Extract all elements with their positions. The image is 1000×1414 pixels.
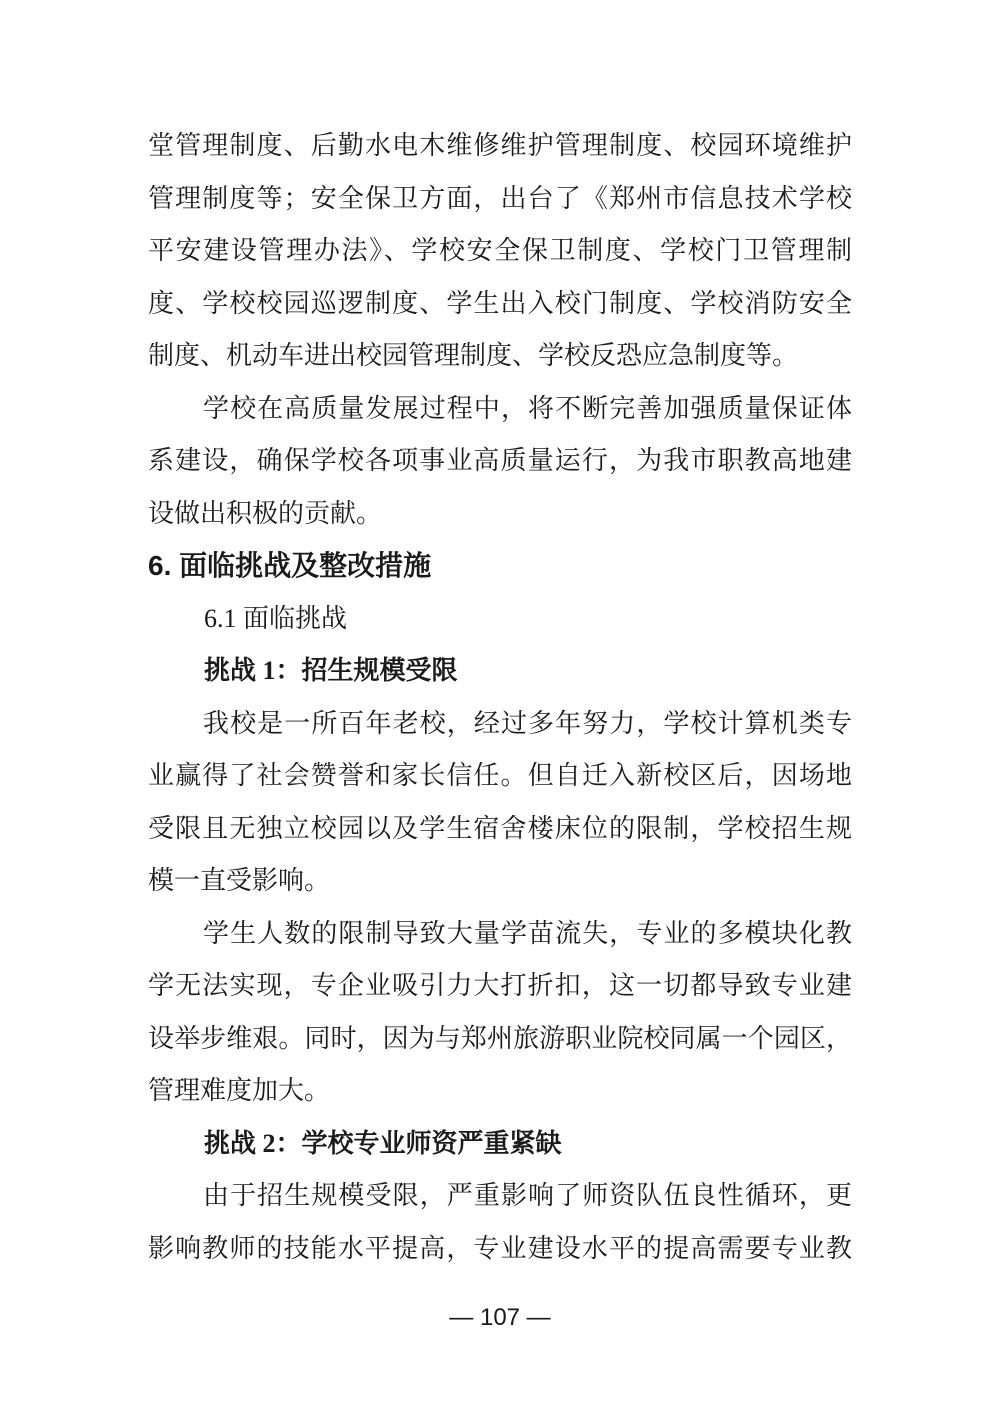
subsection-heading: 6.1 面临挑战	[148, 593, 852, 646]
paragraph-line: 设做出积极的贡献。	[148, 488, 852, 541]
paragraph-line: 堂管理制度、后勤水电木维修维护管理制度、校园环境维护	[148, 120, 852, 173]
paragraph-line: 系建设，确保学校各项事业高质量运行，为我市职教高地建	[148, 435, 852, 488]
document-page: 堂管理制度、后勤水电木维修维护管理制度、校园环境维护 管理制度等；安全保卫方面，…	[0, 0, 1000, 1414]
paragraph-line: 我校是一所百年老校，经过多年努力，学校计算机类专	[148, 698, 852, 751]
paragraph-line: 受限且无独立校园以及学生宿舍楼床位的限制，学校招生规	[148, 803, 852, 856]
challenge-1-heading: 挑战 1：招生规模受限	[148, 645, 852, 698]
paragraph-line: 业赢得了社会赞誉和家长信任。但自迁入新校区后，因场地	[148, 750, 852, 803]
paragraph-line: 学校在高质量发展过程中，将不断完善加强质量保证体	[148, 383, 852, 436]
paragraph-line: 制度、机动车进出校园管理制度、学校反恐应急制度等。	[148, 330, 852, 383]
paragraph-line: 模一直受影响。	[148, 855, 852, 908]
paragraph-line: 学生人数的限制导致大量学苗流失，专业的多模块化教	[148, 908, 852, 961]
paragraph-line: 平安建设管理办法》、学校安全保卫制度、学校门卫管理制	[148, 225, 852, 278]
paragraph-line: 设举步维艰。同时，因为与郑州旅游职业院校同属一个园区，	[148, 1013, 852, 1066]
page-text-block: 堂管理制度、后勤水电木维修维护管理制度、校园环境维护 管理制度等；安全保卫方面，…	[148, 120, 852, 1275]
paragraph-line: 学无法实现，专企业吸引力大打折扣，这一切都导致专业建	[148, 960, 852, 1013]
paragraph-line: 影响教师的技能水平提高，专业建设水平的提高需要专业教	[148, 1223, 852, 1276]
section-heading: 6. 面临挑战及整改措施	[148, 540, 852, 593]
challenge-2-heading: 挑战 2：学校专业师资严重紧缺	[148, 1118, 852, 1171]
paragraph-line: 由于招生规模受限，严重影响了师资队伍良性循环，更	[148, 1170, 852, 1223]
paragraph-line: 度、学校校园巡逻制度、学生出入校门制度、学校消防安全	[148, 278, 852, 331]
page-number: — 107 —	[0, 1298, 1000, 1338]
paragraph-line: 管理难度加大。	[148, 1065, 852, 1118]
paragraph-line: 管理制度等；安全保卫方面，出台了《郑州市信息技术学校	[148, 173, 852, 226]
